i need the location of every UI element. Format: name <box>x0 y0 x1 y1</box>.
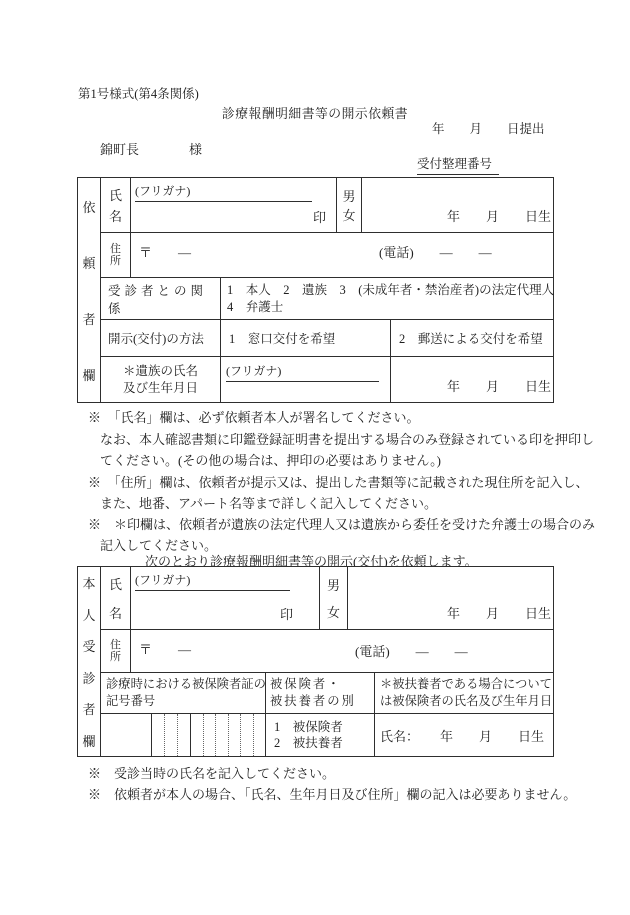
note-line: てください。(その他の場合は、押印の必要はありません。) <box>100 450 441 469</box>
furigana-label: (フリガナ) <box>135 571 290 591</box>
birthdate-cell: 年 月 日生 <box>362 178 553 232</box>
note-line: ※ 「住所」欄は、依頼者が提示又は、提出した書類等に記載された現住所を記入し、 <box>88 472 589 491</box>
dependent-label: ＊被扶養者である場合について は被保険者の氏名及び生年月日 <box>375 673 553 713</box>
insurance-data-row: 1 被保険者 2 被扶養者 氏名： 年 月 日生 <box>101 714 553 756</box>
requester-table: 依 頼 者 欄 氏 名 (フリガナ) 印 男 女 年 月 日生 <box>77 177 554 403</box>
furigana-label: (フリガナ) <box>226 362 379 382</box>
bereaved-name-field: (フリガナ) <box>221 357 391 402</box>
dependent-birthdate: 年 月 日生 <box>440 726 544 745</box>
address-field: 〒 ― (電話) ― ― <box>131 233 553 277</box>
category-label: 被保険者・ 被扶養者の別 <box>266 673 375 713</box>
dependent-name-label: 氏名： <box>380 726 419 745</box>
number-digit-box <box>204 714 217 756</box>
addressee-name: 錦町長 <box>100 139 139 158</box>
postal-mark: 〒 ― <box>139 242 191 261</box>
patient-name-row: 氏 名 (フリガナ) 印 男 女 年 月 日生 <box>101 567 553 630</box>
insurance-header-row: 診療時における被保険者証の 記号番号 被保険者・ 被扶養者の別 ＊被扶養者である… <box>101 673 553 714</box>
phone-label: (電話) ― ― <box>379 242 492 261</box>
note-line: また、地番、アパート名等まで詳しく記入してください。 <box>100 493 437 512</box>
symbol-digit-box <box>152 714 165 756</box>
postal-mark: 〒 ― <box>139 639 191 658</box>
symbol-number-boxes <box>101 714 266 756</box>
number-digit-box <box>254 714 266 756</box>
gender-cell: 男 女 <box>320 567 348 629</box>
symbol-digit-box <box>178 714 191 756</box>
relation-label: 受診者との関係 <box>101 278 221 319</box>
method-option-1: 1 窓口交付を希望 <box>221 320 391 356</box>
note-line: ※ 「氏名」欄は、必ず依頼者本人が署名してください。 <box>88 407 420 426</box>
document-page: 第1号様式(第4条関係) 診療報酬明細書等の開示依頼書 年 月 日提出 錦町長 … <box>0 0 630 915</box>
form-number: 第1号様式(第4条関係) <box>78 84 199 102</box>
addressee-line: 錦町長 様 <box>100 139 202 158</box>
requester-section-label: 依 頼 者 欄 <box>78 178 101 402</box>
bereaved-row: ＊遺族の氏名 及び生年月日 (フリガナ) 年 月 日生 <box>101 357 553 402</box>
insurance-number-label: 診療時における被保険者証の 記号番号 <box>101 673 266 713</box>
note-line: ※ 受診当時の氏名を記入してください。 <box>88 763 335 782</box>
submit-date-line: 年 月 日提出 <box>432 119 545 137</box>
patient-section-label: 本 人 受 診 者 欄 <box>78 567 101 756</box>
number-digit-box <box>241 714 254 756</box>
receipt-number-label: 受付整理番号 <box>417 154 499 175</box>
address-label: 住 所 <box>101 233 131 277</box>
bereaved-label: ＊遺族の氏名 及び生年月日 <box>101 357 221 402</box>
name-label: 氏 名 <box>101 567 131 629</box>
addressee-honorific: 様 <box>189 139 202 158</box>
relation-options: 1 本人 2 遺族 3 (未成年者・禁治産者)の法定代理人 4 弁護士 <box>221 278 553 319</box>
address-field: 〒 ― (電話) ― ― <box>131 630 553 672</box>
address-label: 住 所 <box>101 630 131 672</box>
requester-name-row: 氏 名 (フリガナ) 印 男 女 年 月 日生 <box>101 178 553 233</box>
method-option-2: 2 郵送による交付を希望 <box>391 320 553 356</box>
requester-address-row: 住 所 〒 ― (電話) ― ― <box>101 233 553 278</box>
name-label: 氏 名 <box>101 178 131 232</box>
relation-row: 受診者との関係 1 本人 2 遺族 3 (未成年者・禁治産者)の法定代理人 4 … <box>101 278 553 320</box>
patient-table: 本 人 受 診 者 欄 氏 名 (フリガナ) 印 男 女 年 <box>77 566 554 757</box>
method-label: 開示(交付)の方法 <box>101 320 221 356</box>
seal-label: 印 <box>280 604 293 623</box>
phone-label: (電話) ― ― <box>355 641 468 660</box>
furigana-label: (フリガナ) <box>135 182 312 202</box>
gender-cell: 男 女 <box>337 178 362 232</box>
method-row: 開示(交付)の方法 1 窓口交付を希望 2 郵送による交付を希望 <box>101 320 553 357</box>
number-digit-box <box>229 714 242 756</box>
note-line: ※ ＊印欄は、依頼者が遺族の法定代理人又は遺族から委任を受けた弁護士の場合のみ <box>88 514 595 533</box>
seal-label: 印 <box>313 207 326 226</box>
note-line: ※ 依頼者が本人の場合、「氏名、生年月日及び住所」欄の記入は必要ありません。 <box>88 784 576 803</box>
patient-address-row: 住 所 〒 ― (電話) ― ― <box>101 630 553 673</box>
number-digit-box <box>191 714 204 756</box>
category-options: 1 被保険者 2 被扶養者 <box>266 714 375 756</box>
name-field: (フリガナ) 印 <box>131 178 337 232</box>
birthdate-cell: 年 月 日生 <box>348 567 553 629</box>
symbol-digit-box <box>165 714 178 756</box>
note-line: なお、本人確認書類に印鑑登録証明書を提出する場合のみ登録されている印を押印し <box>100 429 594 448</box>
dependent-name-cell: 氏名： 年 月 日生 <box>375 714 553 756</box>
bereaved-birthdate-cell: 年 月 日生 <box>391 357 553 402</box>
number-digit-box <box>216 714 229 756</box>
symbol-prefix-box <box>101 714 152 756</box>
name-field: (フリガナ) 印 <box>131 567 320 629</box>
